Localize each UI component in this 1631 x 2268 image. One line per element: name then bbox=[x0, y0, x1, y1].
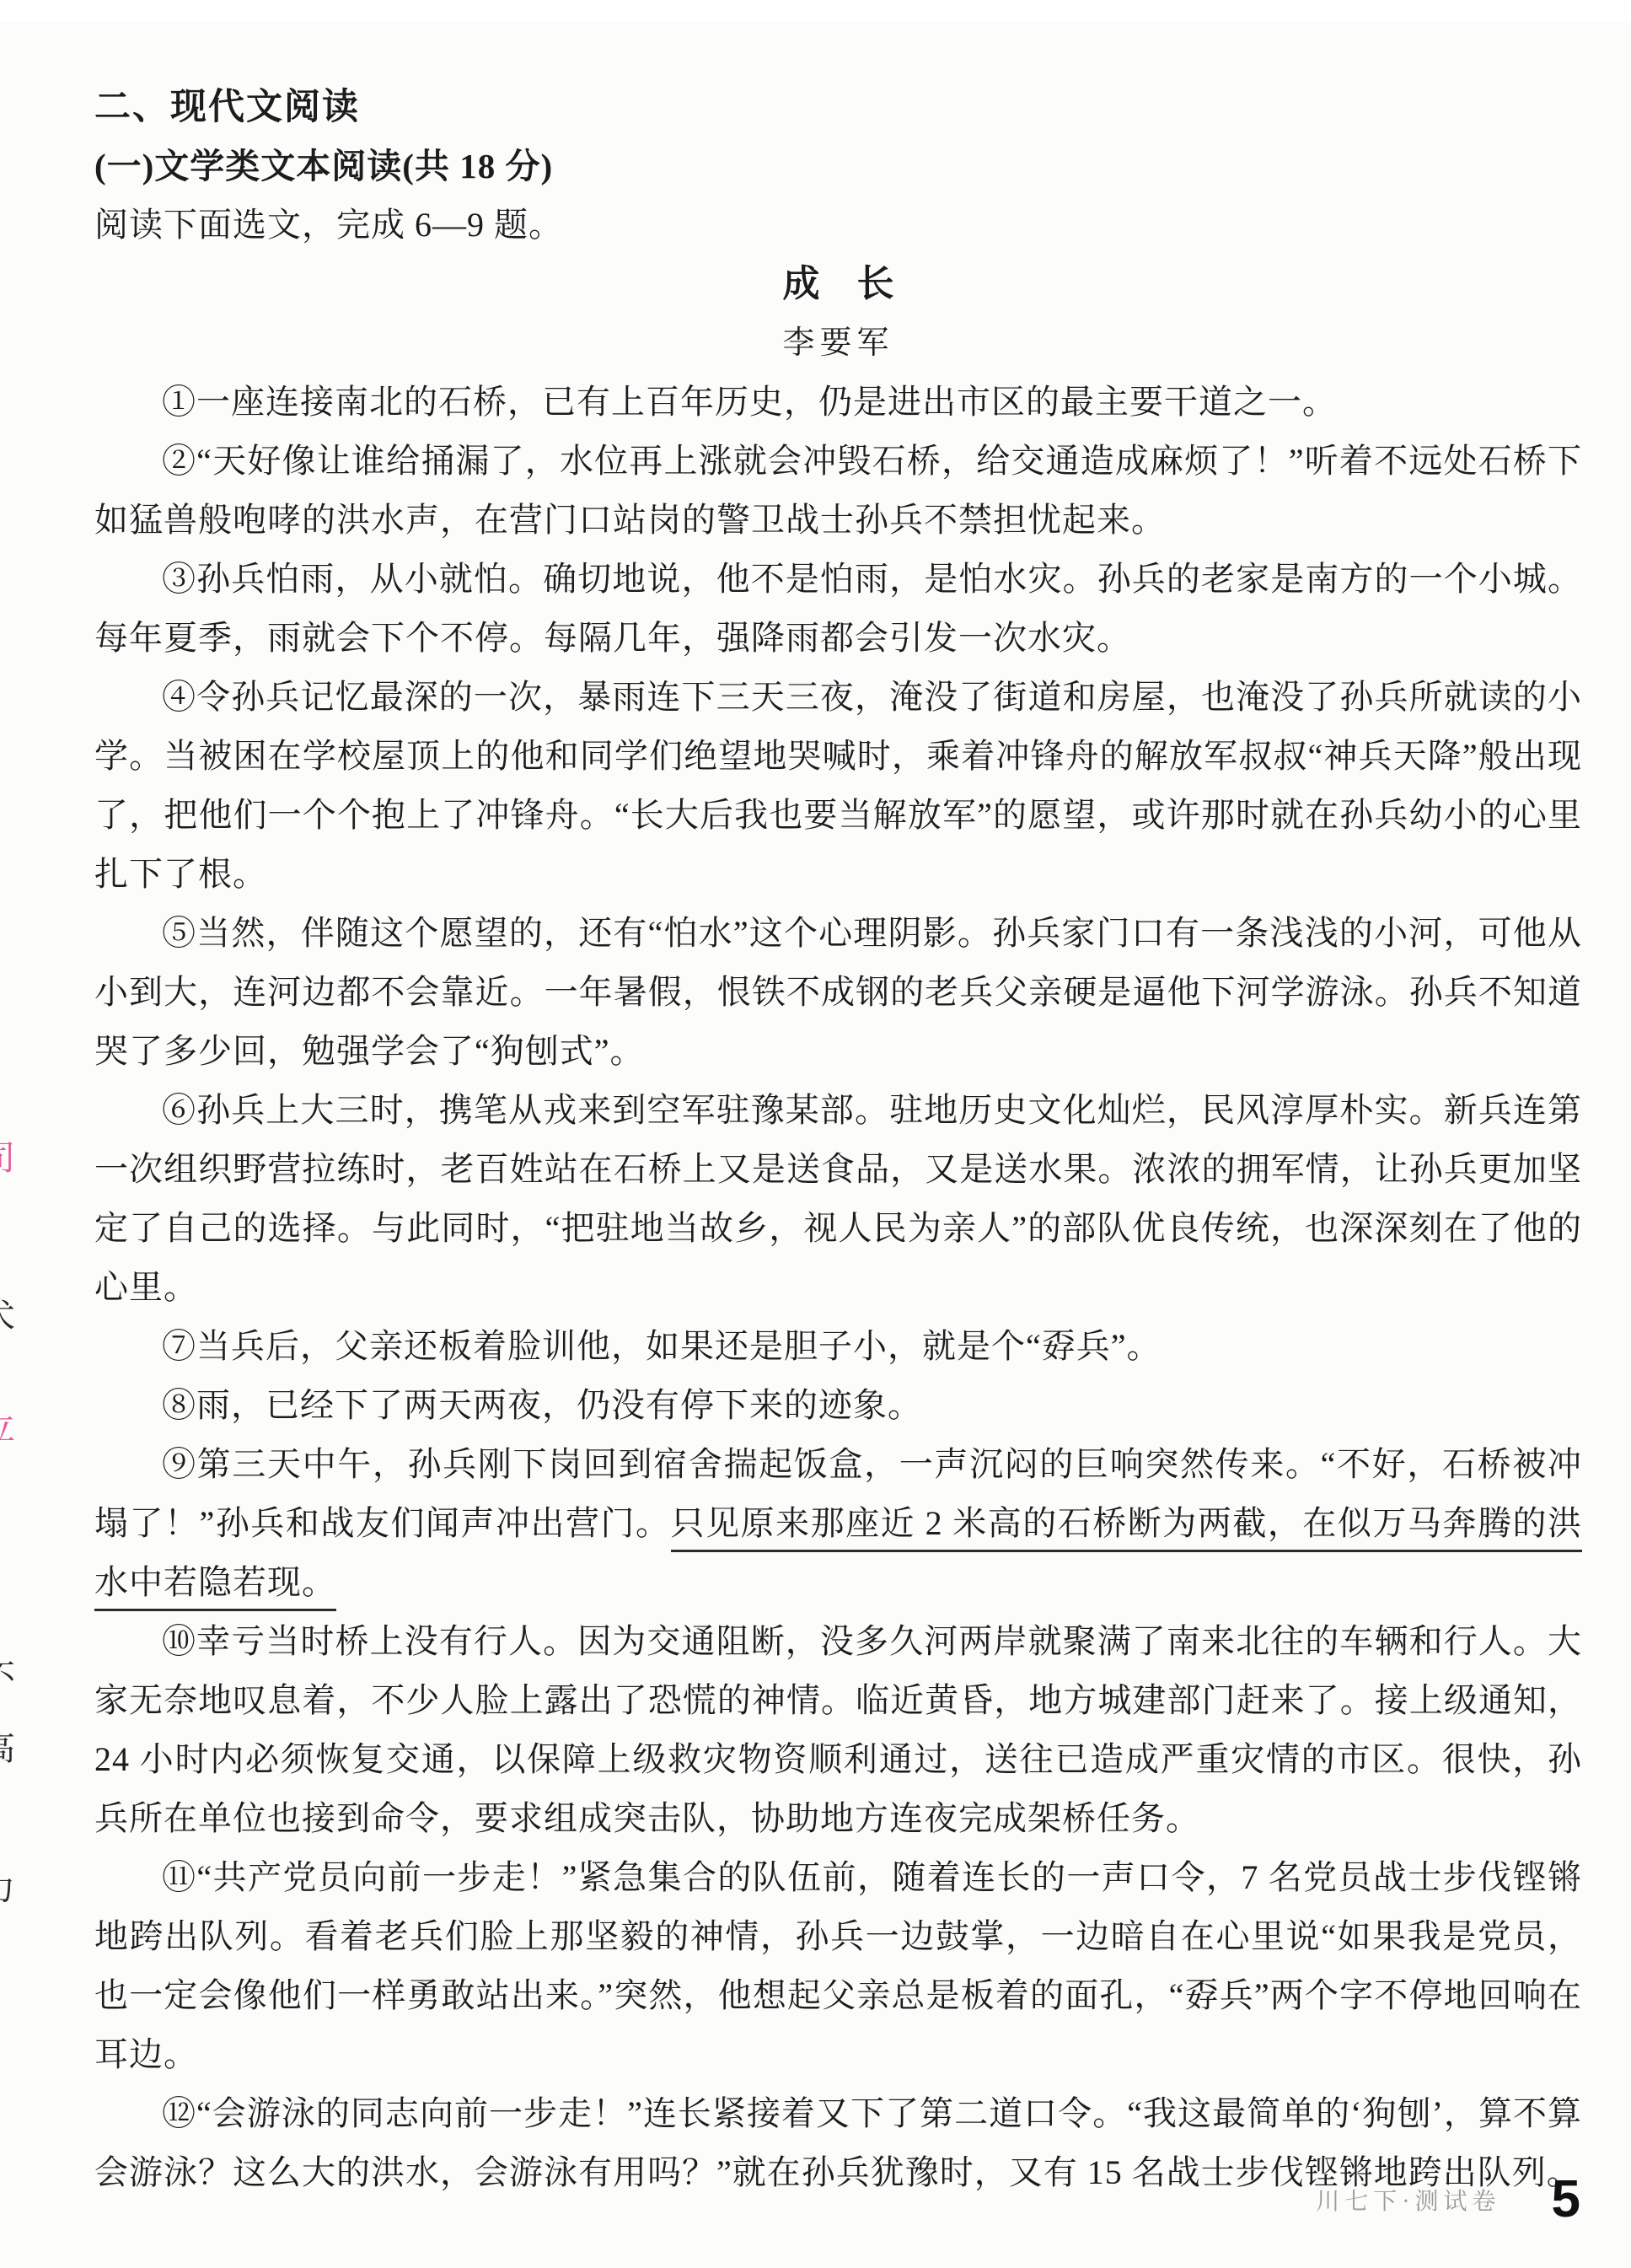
scan-edge bbox=[0, 0, 1631, 22]
edge-fragment: 高 bbox=[0, 1730, 15, 1767]
edge-fragment: 立 bbox=[0, 1410, 15, 1447]
edge-fragment: 司 bbox=[0, 1140, 15, 1177]
passage-title: 成 长 bbox=[94, 255, 1582, 314]
passage-paragraph-8: ⑧雨，已经下了两天两夜，仍没有停下来的迹象。 bbox=[94, 1376, 1582, 1435]
passage-paragraph-9: ⑨第三天中午，孙兵刚下岗回到宿舍揣起饭盒，一声沉闷的巨响突然传来。“不好，石桥被… bbox=[94, 1435, 1582, 1612]
passage-paragraph-2: ②“天好像让谁给捅漏了，水位再上涨就会冲毁石桥，给交通造成麻烦了！”听着不远处石… bbox=[94, 432, 1582, 550]
edge-fragment: 不 bbox=[0, 1659, 15, 1696]
passage-paragraph-11: ⑪“共产党员向前一步走！”紧急集合的队伍前，随着连长的一声口令，7 名党员战士步… bbox=[94, 1848, 1582, 2084]
passage-paragraph-7: ⑦当兵后，父亲还板着脸训他，如果还是胆子小，就是个“孬兵”。 bbox=[94, 1317, 1582, 1376]
passage-paragraph-5: ⑤当然，伴随这个愿望的，还有“怕水”这个心理阴影。孙兵家门口有一条浅浅的小河，可… bbox=[94, 904, 1582, 1081]
passage-paragraph-1: ①一座连接南北的石桥，已有上百年历史，仍是进出市区的最主要干道之一。 bbox=[94, 373, 1582, 432]
passage-paragraph-10: ⑩幸亏当时桥上没有行人。因为交通阻断，没多久河两岸就聚满了南来北往的车辆和行人。… bbox=[94, 1612, 1582, 1848]
page-content: 二、现代文阅读 (一)文学类文本阅读(共 18 分) 阅读下面选文，完成 6—9… bbox=[94, 78, 1582, 2202]
passage-paragraph-6: ⑥孙兵上大三时，携笔从戎来到空军驻豫某部。驻地历史文化灿烂，民风淳厚朴实。新兵连… bbox=[94, 1081, 1582, 1317]
footer-booklet-label: 川七下·测试卷 bbox=[1316, 2183, 1500, 2217]
test-paper-page: 司 犬 立 不 高 ， 力 二、现代文阅读 (一)文学类文本阅读(共 18 分)… bbox=[0, 0, 1631, 2268]
subsection-heading: (一)文学类文本阅读(共 18 分) bbox=[94, 137, 1582, 196]
passage-body: ①一座连接南北的石桥，已有上百年历史，仍是进出市区的最主要干道之一。 ②“天好像… bbox=[94, 373, 1582, 2202]
passage-author: 李要军 bbox=[94, 314, 1582, 373]
edge-fragment: 犬 bbox=[0, 1297, 15, 1334]
edge-fragment: 力 bbox=[0, 1870, 15, 1907]
section-heading: 二、现代文阅读 bbox=[94, 78, 1582, 137]
passage-paragraph-4: ④令孙兵记忆最深的一次，暴雨连下三天三夜，淹没了街道和房屋，也淹没了孙兵所就读的… bbox=[94, 668, 1582, 904]
page-footer: 川七下·测试卷 5 bbox=[1316, 2174, 1580, 2226]
page-number: 5 bbox=[1552, 2174, 1580, 2226]
passage-paragraph-3: ③孙兵怕雨，从小就怕。确切地说，他不是怕雨，是怕水灾。孙兵的老家是南方的一个小城… bbox=[94, 550, 1582, 668]
edge-fragment: ， bbox=[0, 1804, 15, 1841]
instruction-text: 阅读下面选文，完成 6—9 题。 bbox=[94, 196, 1582, 255]
